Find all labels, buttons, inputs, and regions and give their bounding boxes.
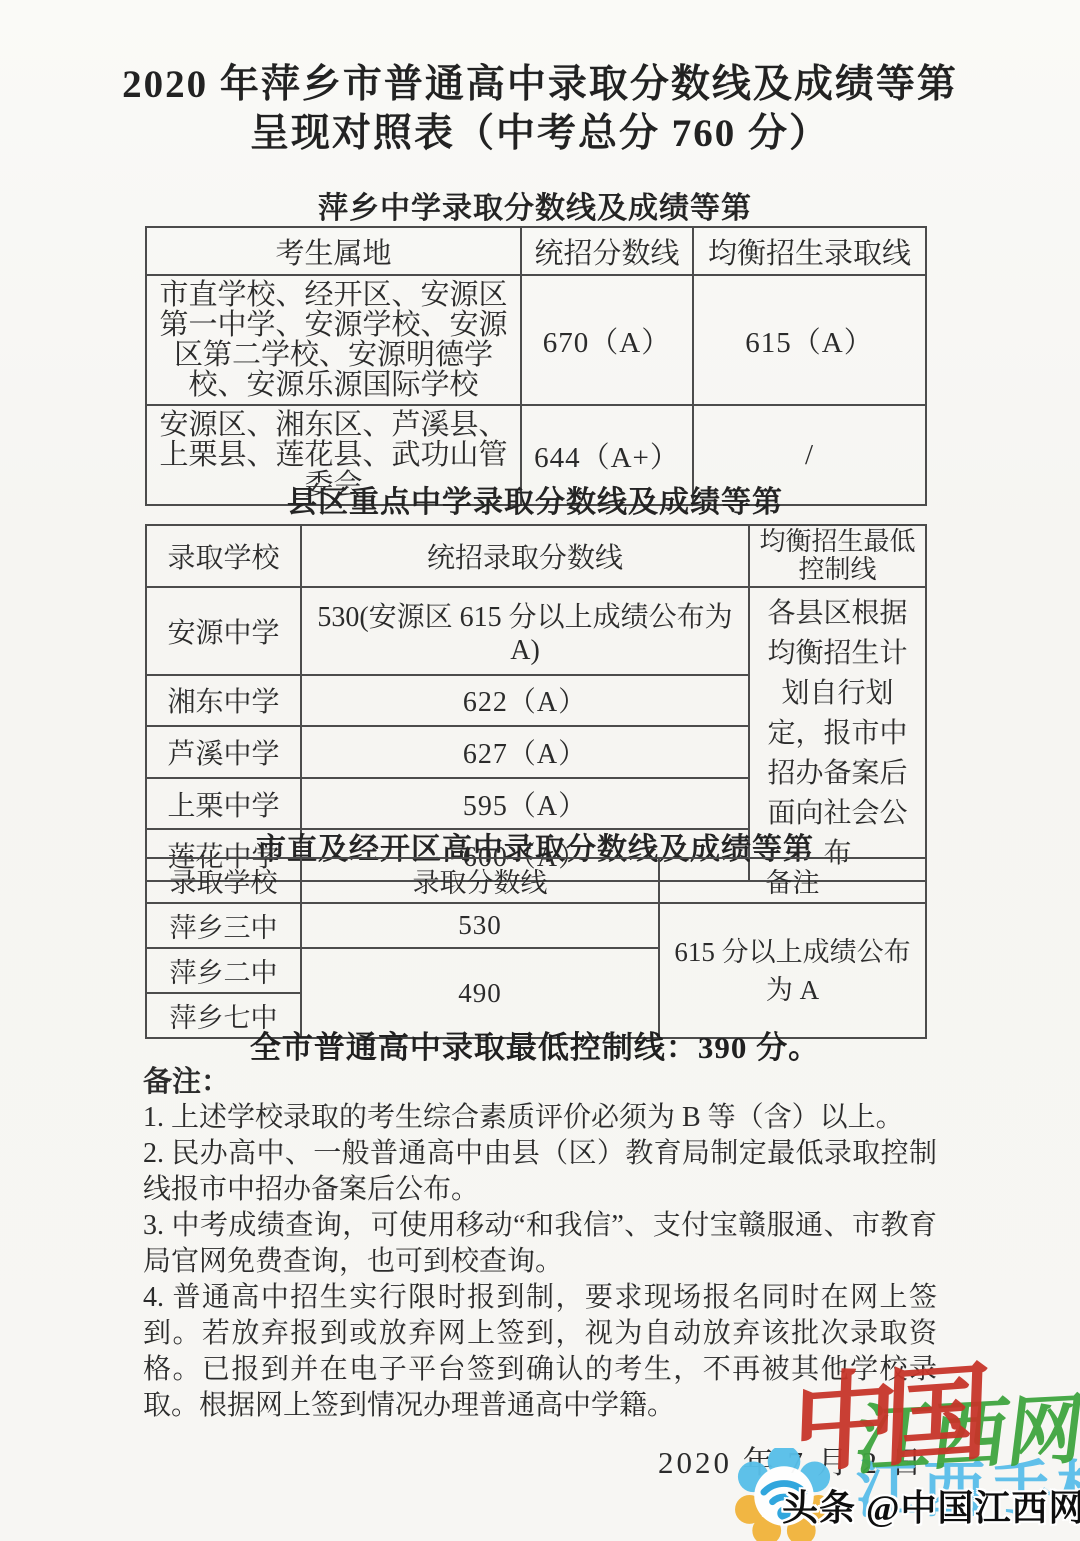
table1-row1-unified: 670（A） — [521, 275, 693, 405]
table2-row1-score: 530(安源区 615 分以上成绩公布为 A) — [301, 587, 749, 675]
watermark-toutiao-handle: 头条 @中国江西网 — [782, 1480, 1080, 1531]
watermark-china-red-text: 中国 — [790, 1361, 977, 1480]
document-page: 2020 年萍乡市普通高中录取分数线及成绩等第 呈现对照表（中考总分 760 分… — [0, 0, 1080, 1541]
table3-row1-school: 萍乡三中 — [146, 903, 301, 948]
table3-header-school: 录取学校 — [146, 858, 301, 903]
table2-header-balanced-min: 均衡招生最低控制线 — [749, 525, 926, 587]
table1-header-unified: 统招分数线 — [521, 227, 693, 275]
table3-merged-remark: 615 分以上成绩公布为 A — [659, 903, 926, 1038]
table2-row4-score: 595（A） — [301, 778, 749, 830]
table3-header-score: 录取分数线 — [301, 858, 659, 903]
table3-row1-score: 530 — [301, 903, 659, 948]
table-city-district-schools: 录取学校 录取分数线 备注 萍乡三中 530 615 分以上成绩公布为 A 萍乡… — [145, 857, 927, 1039]
table2-row2-score: 622（A） — [301, 675, 749, 727]
min-control-line: 全市普通高中录取最低控制线：390 分。 — [145, 1022, 925, 1067]
table2-header-score: 统招录取分数线 — [301, 525, 749, 587]
table2-row3-school: 芦溪中学 — [146, 726, 301, 778]
table-header-row: 考生属地 统招分数线 均衡招生录取线 — [146, 227, 926, 275]
table-header-row: 录取学校 统招录取分数线 均衡招生最低控制线 — [146, 525, 926, 587]
note-item-1: 1. 上述学校录取的考生综合素质评价必须为 B 等（含）以上。 — [143, 1100, 937, 1136]
table2-row3-score: 627（A） — [301, 726, 749, 778]
table2-header-school: 录取学校 — [146, 525, 301, 587]
table1-header-balanced: 均衡招生录取线 — [693, 227, 926, 275]
table2-caption: 县区重点中学录取分数线及成绩等第 — [145, 477, 925, 521]
notes-label: 备注： — [143, 1064, 937, 1100]
table1-row1-area: 市直学校、经开区、安源区第一中学、安源学校、安源区第二学校、安源明德学校、安源乐… — [146, 275, 521, 405]
table-header-row: 录取学校 录取分数线 备注 — [146, 858, 926, 903]
page-title: 2020 年萍乡市普通高中录取分数线及成绩等第 呈现对照表（中考总分 760 分… — [60, 60, 1020, 158]
page-title-line1: 2020 年萍乡市普通高中录取分数线及成绩等第 — [60, 60, 1020, 109]
note-item-3: 3. 中考成绩查询，可使用移动“和我信”、支付宝赣服通、市教育局官网免费查询，也… — [143, 1208, 937, 1280]
table1-header-area: 考生属地 — [146, 227, 521, 275]
page-title-line2: 呈现对照表（中考总分 760 分） — [60, 109, 1020, 158]
table1-row1-balanced: 615（A） — [693, 275, 926, 405]
table1-caption: 萍乡中学录取分数线及成绩等第 — [145, 183, 925, 227]
table3-row2-school: 萍乡二中 — [146, 948, 301, 993]
note-item-2: 2. 民办高中、一般普通高中由县（区）教育局制定最低录取控制线报市中招办备案后公… — [143, 1136, 937, 1208]
table2-row4-school: 上栗中学 — [146, 778, 301, 830]
table-pingxiang-middle-school: 考生属地 统招分数线 均衡招生录取线 市直学校、经开区、安源区第一中学、安源学校… — [145, 226, 927, 506]
table-row: 萍乡三中 530 615 分以上成绩公布为 A — [146, 903, 926, 948]
table2-row1-school: 安源中学 — [146, 587, 301, 675]
table-row: 安源中学 530(安源区 615 分以上成绩公布为 A) 各县区根据均衡招生计划… — [146, 587, 926, 675]
table3-header-remark: 备注 — [659, 858, 926, 903]
table2-row2-school: 湘东中学 — [146, 675, 301, 727]
table-row: 市直学校、经开区、安源区第一中学、安源学校、安源区第二学校、安源明德学校、安源乐… — [146, 275, 926, 405]
